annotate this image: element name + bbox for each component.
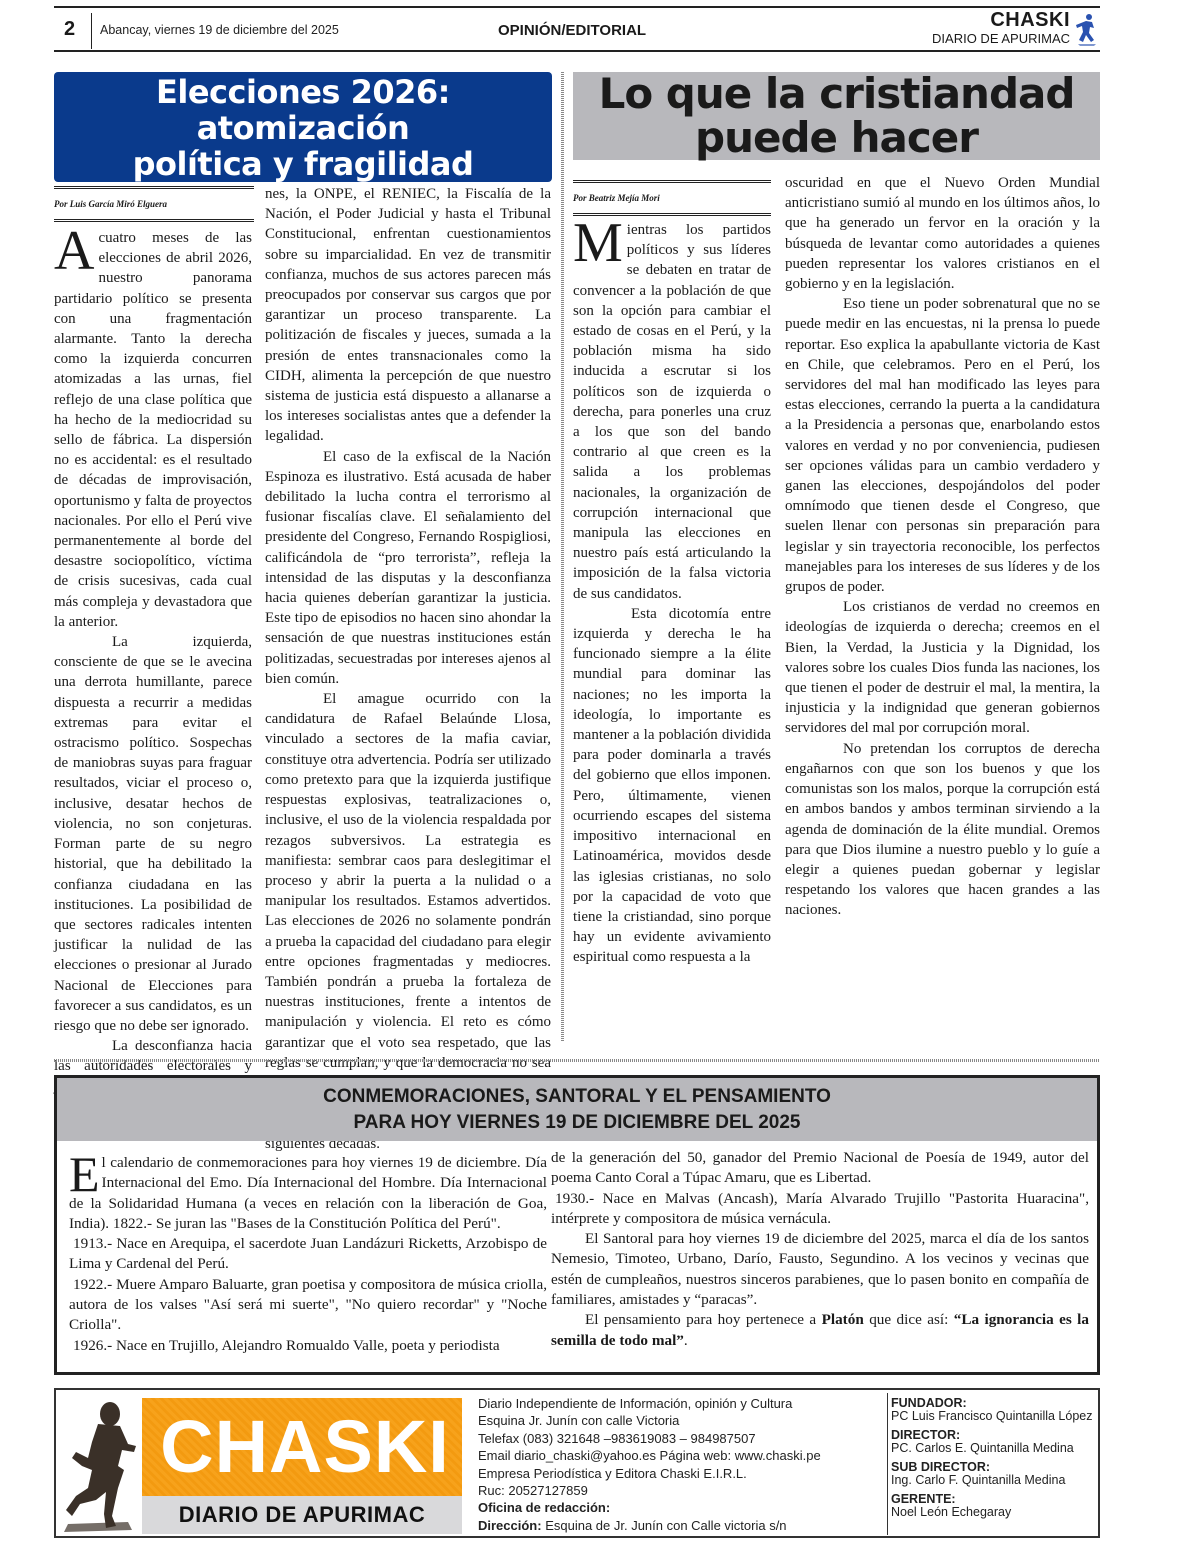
drop-cap: A bbox=[54, 231, 94, 271]
staff-name: PC Luis Francisco Quintanilla López bbox=[891, 1410, 1099, 1423]
thought-author: Platón bbox=[822, 1311, 864, 1328]
paragraph: El calendario de conmemoraciones para ho… bbox=[69, 1153, 547, 1234]
address-line: Dirección: Esquina de Jr. Junín con Call… bbox=[478, 1517, 821, 1534]
article2-column-1: Mientras los partidos políticos y sus lí… bbox=[573, 220, 771, 968]
issue-date: Abancay, viernes 19 de diciembre del 202… bbox=[100, 23, 339, 37]
page-number: 2 bbox=[64, 18, 75, 41]
info-line: Diario Independiente de Información, opi… bbox=[478, 1395, 821, 1412]
box-title-line: PARA HOY VIERNES 19 DE DICIEMBRE DEL 202… bbox=[57, 1110, 1097, 1136]
publisher-info: Diario Independiente de Información, opi… bbox=[478, 1395, 821, 1534]
footer-masthead: CHASKI DIARIO DE APURIMAC Diario Indepen… bbox=[54, 1388, 1100, 1538]
paragraph: oscuridad en que el Nuevo Orden Mundial … bbox=[785, 173, 1100, 294]
article2-byline: Por Beatriz Mejía Mori bbox=[573, 180, 771, 216]
commemorations-right-column: de la generación del 50, ganador del Pre… bbox=[551, 1148, 1089, 1351]
address-value: Esquina de Jr. Junín con Calle victoria … bbox=[542, 1518, 787, 1533]
paragraph: La izquierda, consciente de que se le av… bbox=[54, 632, 252, 1036]
logo-name: CHASKI bbox=[150, 1404, 460, 1490]
address-label: Dirección: bbox=[478, 1518, 542, 1533]
brand-name: CHASKI bbox=[932, 10, 1070, 30]
headline-line: Elecciones 2026: atomización bbox=[54, 74, 552, 146]
commemorations-header: CONMEMORACIONES, SANTORAL Y EL PENSAMIEN… bbox=[57, 1078, 1097, 1141]
paragraph-text: l calendario de conmemoraciones para hoy… bbox=[69, 1154, 547, 1232]
thought-prefix: El pensamiento para hoy pertenece a bbox=[585, 1311, 822, 1328]
article1-column-2: nes, la ONPE, el RENIEC, la Fiscalía de … bbox=[265, 184, 551, 1154]
runner-icon bbox=[1074, 12, 1098, 48]
staff-name: PC. Carlos E. Quintanilla Medina bbox=[891, 1442, 1099, 1455]
headline-line: política y fragilidad bbox=[54, 146, 552, 182]
article2-headline: Lo que la cristiandad puede hacer bbox=[573, 72, 1100, 160]
info-line: Telefax (083) 321648 –983619083 – 984987… bbox=[478, 1430, 821, 1447]
paragraph: Mientras los partidos políticos y sus lí… bbox=[573, 220, 771, 604]
office-label-text: Oficina de redacción: bbox=[478, 1500, 610, 1515]
headline-line: Lo que la cristiandad bbox=[573, 72, 1100, 116]
staff-name: Noel León Echegaray bbox=[891, 1506, 1099, 1519]
staff-name: Ing. Carlo F. Quintanilla Medina bbox=[891, 1474, 1099, 1487]
commemorations-box: CONMEMORACIONES, SANTORAL Y EL PENSAMIEN… bbox=[54, 1075, 1100, 1375]
paragraph: El caso de la exfiscal de la Nación Espi… bbox=[265, 447, 551, 689]
page-header: 2 Abancay, viernes 19 de diciembre del 2… bbox=[54, 6, 1100, 52]
paragraph: 1913.- Nace en Arequipa, el sacerdote Ju… bbox=[69, 1234, 547, 1275]
header-divider bbox=[91, 13, 92, 49]
paragraph: Esta dicotomía entre izquierda y derecha… bbox=[573, 604, 771, 968]
drop-cap: M bbox=[573, 223, 623, 263]
thought-of-the-day: El pensamiento para hoy pertenece a Plat… bbox=[551, 1310, 1089, 1351]
info-line: Empresa Periodística y Editora Chaski E.… bbox=[478, 1465, 821, 1482]
paragraph: A cuatro meses de las elecciones de abri… bbox=[54, 228, 252, 632]
paragraph-text: cuatro meses de las elecciones de abril … bbox=[54, 230, 252, 630]
article2-column-2: oscuridad en que el Nuevo Orden Mundial … bbox=[785, 173, 1100, 921]
office-label: Oficina de redacción: bbox=[478, 1499, 821, 1516]
paragraph: 1930.- Nace en Malvas (Ancash), María Al… bbox=[551, 1189, 1089, 1230]
article1-headline: Elecciones 2026: atomización política y … bbox=[54, 72, 552, 182]
chaski-runner-icon bbox=[58, 1396, 142, 1536]
header-brand: CHASKI DIARIO DE APURIMAC bbox=[932, 10, 1070, 45]
info-line: Email diario_chaski@yahoo.es Página web:… bbox=[478, 1447, 821, 1464]
thought-end: . bbox=[684, 1332, 688, 1349]
paragraph: nes, la ONPE, el RENIEC, la Fiscalía de … bbox=[265, 184, 551, 447]
paragraph: Eso tiene un poder sobrenatural que no s… bbox=[785, 294, 1100, 597]
paragraph: El Santoral para hoy viernes 19 de dicie… bbox=[551, 1229, 1089, 1310]
paragraph: No pretendan los corruptos de derecha en… bbox=[785, 739, 1100, 921]
column-divider bbox=[561, 72, 564, 1042]
paragraph-text: ientras los partidos políticos y sus líd… bbox=[573, 222, 771, 602]
paragraph: de la generación del 50, ganador del Pre… bbox=[551, 1148, 1089, 1189]
section-title: OPINIÓN/EDITORIAL bbox=[498, 22, 646, 39]
headline-line: puede hacer bbox=[573, 116, 1100, 160]
logo-subtitle: DIARIO DE APURIMAC bbox=[142, 1502, 462, 1528]
paragraph: Los cristianos de verdad no creemos en i… bbox=[785, 597, 1100, 738]
drop-cap: E bbox=[69, 1155, 100, 1193]
article1-byline: Por Luis García Miró Elguera bbox=[54, 186, 254, 222]
staff-list: FUNDADOR: PC Luis Francisco Quintanilla … bbox=[887, 1393, 1099, 1535]
paragraph: 1926.- Nace en Trujillo, Alejandro Romua… bbox=[69, 1336, 547, 1356]
section-divider bbox=[54, 1059, 1100, 1062]
brand-subtitle: DIARIO DE APURIMAC bbox=[932, 32, 1070, 45]
paragraph: 1922.- Muere Amparo Baluarte, gran poeti… bbox=[69, 1275, 547, 1336]
info-line: Ruc: 20527127859 bbox=[478, 1482, 821, 1499]
article1-column-1: A cuatro meses de las elecciones de abri… bbox=[54, 228, 252, 1117]
thought-mid: que dice así: bbox=[864, 1311, 954, 1328]
box-title-line: CONMEMORACIONES, SANTORAL Y EL PENSAMIEN… bbox=[57, 1084, 1097, 1110]
info-line: Esquina Jr. Junín con calle Victoria bbox=[478, 1412, 821, 1429]
commemorations-left-column: El calendario de conmemoraciones para ho… bbox=[69, 1153, 547, 1356]
